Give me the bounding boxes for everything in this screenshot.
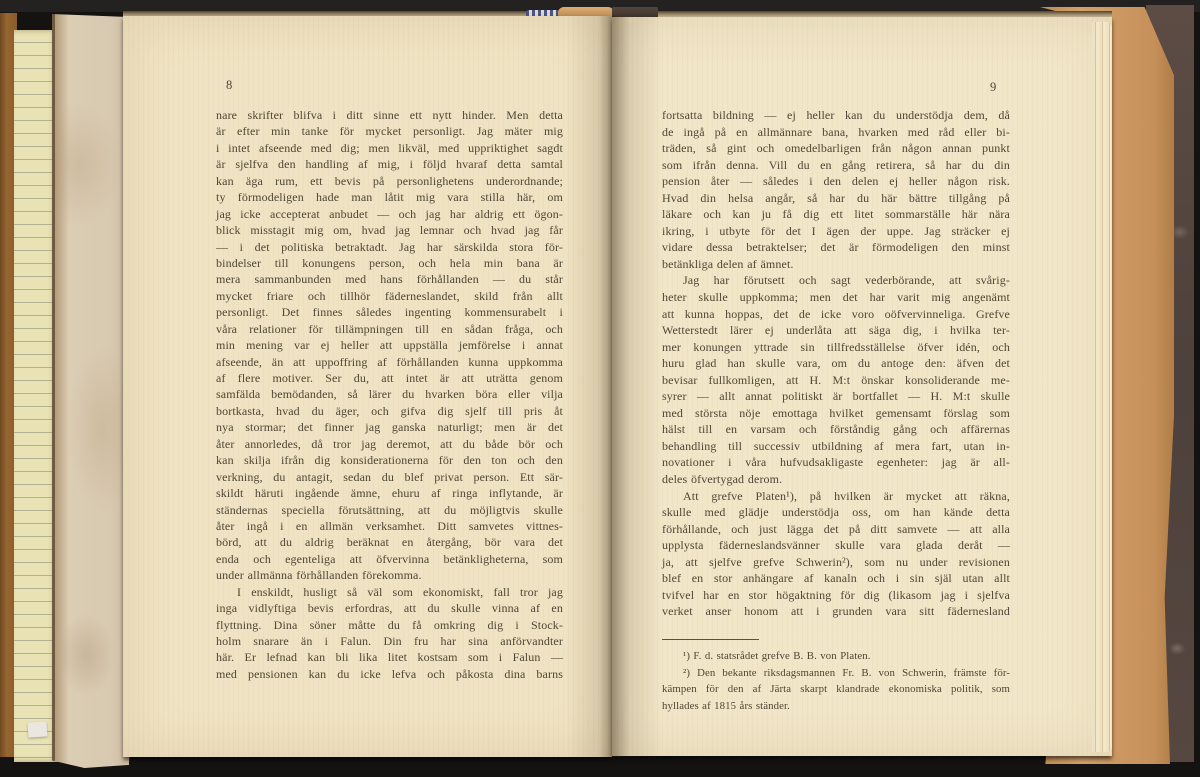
footnote-line: hyllades af 1815 års ständer. bbox=[662, 698, 1010, 715]
text-line: verket anser honom att i grunden vara si… bbox=[662, 603, 1010, 620]
text-line: Hvad din helsa angår, så har du här bätt… bbox=[662, 190, 1010, 207]
text-line: enda och egenteliga att öfvervinna betän… bbox=[216, 551, 563, 567]
text-line: mer konungen yttrade sin tillfredsställe… bbox=[662, 339, 1010, 356]
text-line: fortsatta bildning — ej heller kan du un… bbox=[662, 107, 1010, 124]
text-line: åter annorledes, då tror jag deremot, at… bbox=[216, 436, 563, 452]
page-number-right: 9 bbox=[990, 80, 997, 95]
text-line: läkare och kan ju få dig ett litet somma… bbox=[662, 206, 1010, 223]
left-page: 8 nare skrifter blifva i ditt sinne ett … bbox=[123, 16, 612, 757]
text-line: ikring, i utbyte för det I ägen der uppe… bbox=[662, 223, 1010, 240]
footnote-line: ¹) F. d. statsrådet grefve B. B. von Pla… bbox=[662, 648, 1010, 665]
fore-edge-page-stack bbox=[1092, 22, 1112, 752]
footnote-line: ²) Den bekante riksdagsmannen Fr. B. von… bbox=[662, 665, 1010, 682]
text-line: nya stormar; det finner jag ganska natur… bbox=[216, 419, 563, 435]
text-line: pension åter — således i den delen ej he… bbox=[662, 173, 1010, 190]
text-line: här. Er lefnad kan bli lika litet kostsa… bbox=[216, 649, 563, 665]
text-line: vidare dessa betraktelser; det är förmod… bbox=[662, 239, 1010, 256]
text-line: personligt. Det finnes således ingenting… bbox=[216, 304, 563, 320]
text-line: skulle med glädje understödja oss, om ha… bbox=[662, 504, 1010, 521]
text-line: verkning, du antagit, sedan du blef priv… bbox=[216, 469, 563, 485]
text-line: I enskildt, husligt så väl som ekonomisk… bbox=[216, 584, 563, 600]
text-line: blef en stor anhängare af kanaln och i s… bbox=[662, 570, 1010, 587]
text-line: våra relationer för tillämpningen till e… bbox=[216, 321, 563, 337]
text-line: upplysta fäderneslandsvänner skulle vara… bbox=[662, 537, 1010, 554]
text-line: heter skulle uppkomma; men det har varit… bbox=[662, 289, 1010, 306]
text-line: kan äga rum, ett bevis på personligheten… bbox=[216, 173, 563, 189]
text-line: af flere motiver. Ser du, att intet är a… bbox=[216, 370, 563, 386]
text-line: jag icke accepterat anbudet — och jag ha… bbox=[216, 206, 563, 222]
text-line: syrer — allt annat politiskt är bortfall… bbox=[662, 388, 1010, 405]
text-line: är efter min tanke för mycket personligt… bbox=[216, 123, 563, 139]
text-line: betänkliga delen af ämnet. bbox=[662, 256, 1010, 273]
page-9-footnotes: ¹) F. d. statsrådet grefve B. B. von Pla… bbox=[662, 648, 1010, 714]
text-line: blick misstagit mig om, hvad jag lemnar … bbox=[216, 222, 563, 238]
text-line: tvifvel har en stor högaktning för dig (… bbox=[662, 587, 1010, 604]
text-line: inga vidlyftiga bevis erfordras, att du … bbox=[216, 600, 563, 616]
text-line: — i det politiska betraktadt. Jag har sä… bbox=[216, 239, 563, 255]
page-9-text: fortsatta bildning — ej heller kan du un… bbox=[662, 107, 1010, 620]
right-page: 9 fortsatta bildning — ej heller kan du … bbox=[612, 17, 1112, 756]
lined-endpaper bbox=[14, 30, 58, 762]
book-scan: 8 nare skrifter blifva i ditt sinne ett … bbox=[0, 0, 1200, 777]
text-line: ständernas speciella förutsättning, att … bbox=[216, 502, 563, 518]
text-line: afseende, än att uppoffring af förhållan… bbox=[216, 354, 563, 370]
text-line: med största nöje emottaga hvilket gemens… bbox=[662, 405, 1010, 422]
text-line: skildt häruti ingående ämne, ehuru af ri… bbox=[216, 485, 563, 501]
page-number-left: 8 bbox=[226, 78, 233, 93]
deckle-edge-paper bbox=[52, 14, 133, 768]
text-line: mycket friare och tillhör fäderneslandet… bbox=[216, 288, 563, 304]
text-line: förhållande, och just lägga det på ditt … bbox=[662, 521, 1010, 538]
text-line: bevisar fullkomligen, att H. M:t önskar … bbox=[662, 372, 1010, 389]
text-line: deles öfvertygad derom. bbox=[662, 471, 1010, 488]
text-line: de ingå på en allmännare bana, hvarken m… bbox=[662, 124, 1010, 141]
text-line: träden, så gint och omedelbarligen från … bbox=[662, 140, 1010, 157]
text-line: min mening var ej heller att uppställa j… bbox=[216, 337, 563, 353]
text-line: flyttning. Dina söner måtte du få omkrin… bbox=[216, 617, 563, 633]
text-line: huru glad han skulle vara, om du antoge … bbox=[662, 355, 1010, 372]
text-line: att kunna hoppas, det de icke voro oöfve… bbox=[662, 306, 1010, 323]
text-line: novationer i våra hufvudsakligaste egenh… bbox=[662, 454, 1010, 471]
text-line: bindelser till konungens person, och hel… bbox=[216, 255, 563, 271]
text-line: Jag har förutsett och sagt vederbörande,… bbox=[662, 272, 1010, 289]
text-line: ty förmodeligen hade man låtit mig vara … bbox=[216, 189, 563, 205]
text-line: som ifrån denna. Vill du en gång retirer… bbox=[662, 157, 1010, 174]
text-line: Att grefve Platen¹), på hvilken är mycke… bbox=[662, 488, 1010, 505]
page-8-text: nare skrifter blifva i ditt sinne ett ny… bbox=[216, 107, 563, 682]
text-line: i intet afseende med dig; men likväl, me… bbox=[216, 140, 563, 156]
text-line: ja, att sjelfve grefve Schwerin²), som n… bbox=[662, 554, 1010, 571]
text-line: mera sammanbunden med hans förhållanden … bbox=[216, 271, 563, 287]
footnote-line: kämpen för den af Järta skarpt klandrade… bbox=[662, 681, 1010, 698]
text-line: kan skilja ifrån dig konsiderationerna f… bbox=[216, 452, 563, 468]
endpaper-sticker bbox=[27, 721, 47, 737]
text-line: behandling till successiv utbildning af … bbox=[662, 438, 1010, 455]
text-line: Wetterstedt lärer ej underlåta att säga … bbox=[662, 322, 1010, 339]
text-line: holm snarare än i Falun. Din fru har sin… bbox=[216, 633, 563, 649]
text-line: åter ingå i en allmän verksamhet. Ditt s… bbox=[216, 518, 563, 534]
text-line: är sjelfva den handling af mig, i följd … bbox=[216, 156, 563, 172]
footnote-divider bbox=[662, 639, 759, 640]
text-line: med pensionen kan du icke lefva och påko… bbox=[216, 666, 563, 682]
text-line: samfälda bemödanden, så lärer du hvarken… bbox=[216, 386, 563, 402]
text-line: hälst till en varsam och förståndig gång… bbox=[662, 421, 1010, 438]
text-line: under allmänna förhållanden förekomma. bbox=[216, 567, 563, 583]
text-line: nare skrifter blifva i ditt sinne ett ny… bbox=[216, 107, 563, 123]
text-line: börd, att du aldrig beräknat en återgång… bbox=[216, 534, 563, 550]
text-line: bortkasta, hvad du äger, och gifva dig s… bbox=[216, 403, 563, 419]
